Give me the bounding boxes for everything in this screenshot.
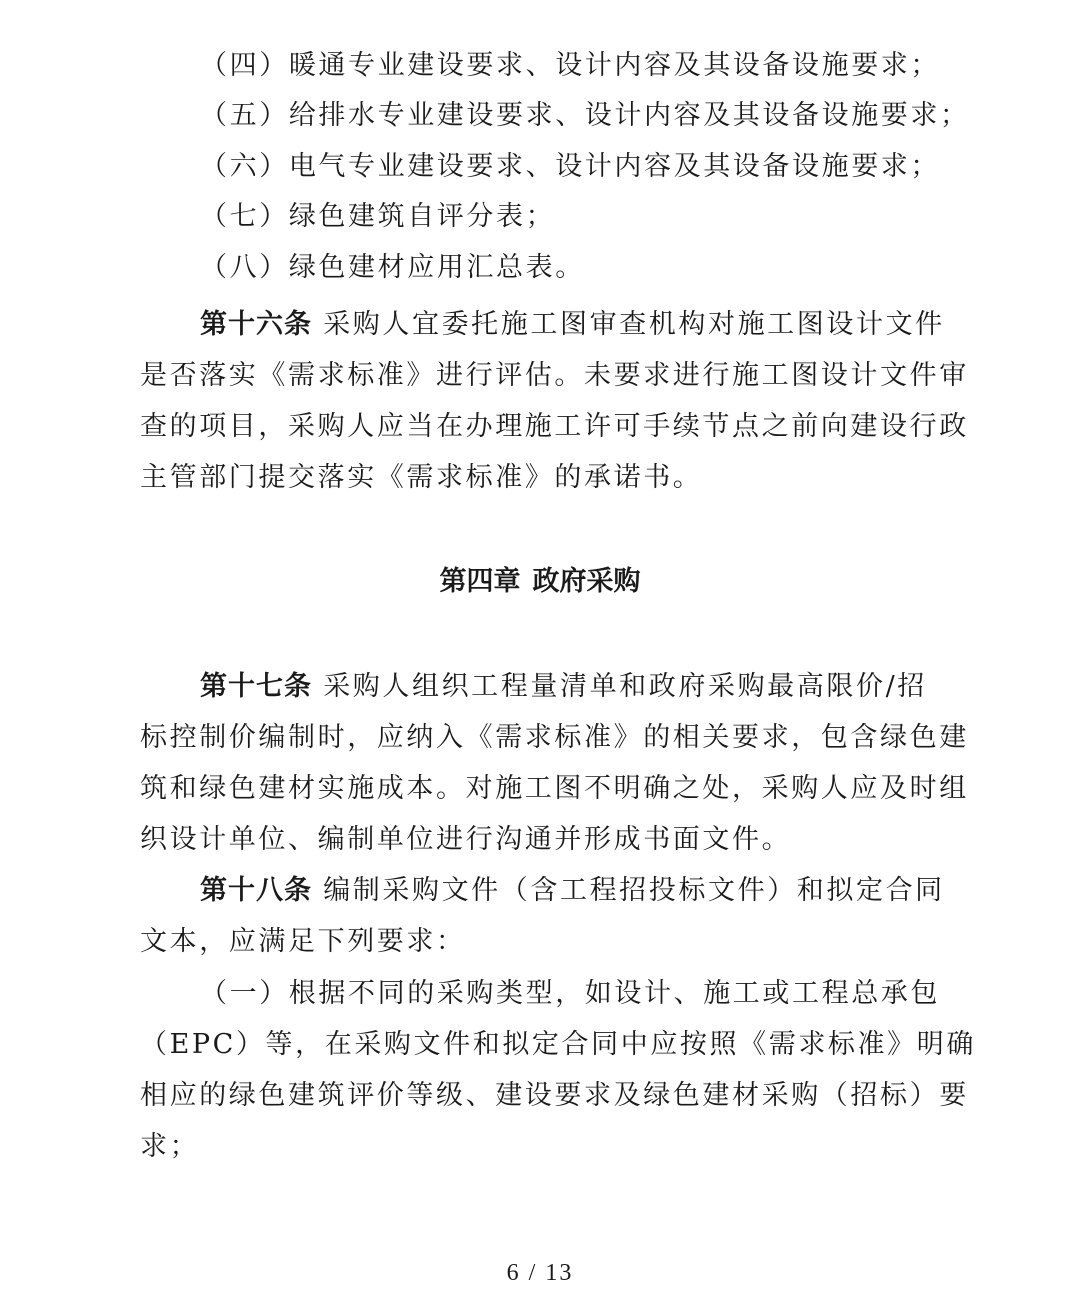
article-18-label: 第十八条: [200, 875, 312, 906]
article-18-item-1-line-4: 求；: [140, 1129, 940, 1165]
list-text: 绿色建筑自评分表；: [289, 201, 555, 232]
article-18-text: 编制采购文件（含工程招投标文件）和拟定合同: [323, 875, 945, 906]
list-marker: （七）: [200, 201, 289, 232]
list-text: 暖通专业建设要求、设计内容及其设备设施要求；: [289, 50, 940, 81]
chapter-number: 第四章: [440, 566, 521, 597]
chapter-heading: 第四章政府采购: [0, 564, 1080, 600]
document-page: （四）暖通专业建设要求、设计内容及其设备设施要求； （五）给排水专业建设要求、设…: [0, 0, 1080, 1291]
list-item-5: （五）给排水专业建设要求、设计内容及其设备设施要求；: [200, 98, 1000, 134]
article-17-line-3: 筑和绿色建材实施成本。对施工图不明确之处，采购人应及时组: [140, 771, 940, 807]
list-item-6: （六）电气专业建设要求、设计内容及其设备设施要求；: [200, 149, 1000, 185]
article-16-line-3: 查的项目，采购人应当在办理施工许可手续节点之前向建设行政: [140, 409, 940, 445]
article-16-label: 第十六条: [200, 309, 312, 340]
page-separator: /: [529, 1260, 538, 1286]
list-marker: （八）: [200, 252, 289, 283]
article-17-line-4: 织设计单位、编制单位进行沟通并形成书面文件。: [140, 822, 940, 858]
article-18-line-2: 文本，应满足下列要求：: [140, 924, 940, 960]
chapter-title: 政府采购: [533, 566, 641, 597]
article-18-item-1-line-2: （EPC）等，在采购文件和拟定合同中应按照《需求标准》明确: [140, 1027, 940, 1063]
list-marker: （四）: [200, 50, 289, 81]
list-item-8: （八）绿色建材应用汇总表。: [200, 250, 1000, 286]
article-16-line-2: 是否落实《需求标准》进行评估。未要求进行施工图设计文件审: [140, 358, 940, 394]
article-18-item-1-line-3: 相应的绿色建筑评价等级、建设要求及绿色建材采购（招标）要: [140, 1078, 940, 1114]
page-number: 6 / 13: [0, 1258, 1080, 1288]
list-item-4: （四）暖通专业建设要求、设计内容及其设备设施要求；: [200, 48, 1000, 84]
list-marker: （五）: [200, 100, 289, 131]
article-18-line-1: 第十八条 编制采购文件（含工程招投标文件）和拟定合同: [200, 873, 940, 909]
article-17-label: 第十七条: [200, 671, 312, 702]
page-total: 13: [545, 1260, 573, 1286]
list-text: 绿色建材应用汇总表。: [289, 252, 585, 283]
list-text: 给排水专业建设要求、设计内容及其设备设施要求；: [289, 100, 970, 131]
list-text: 电气专业建设要求、设计内容及其设备设施要求；: [289, 151, 940, 182]
list-marker: （六）: [200, 151, 289, 182]
article-16-line-1: 第十六条 采购人宜委托施工图审查机构对施工图设计文件: [200, 307, 940, 343]
article-16-line-4: 主管部门提交落实《需求标准》的承诺书。: [140, 460, 940, 496]
article-18-item-1-line-1: （一）根据不同的采购类型，如设计、施工或工程总承包: [200, 976, 1000, 1012]
list-item-7: （七）绿色建筑自评分表；: [200, 199, 1000, 235]
article-17-line-1: 第十七条 采购人组织工程量清单和政府采购最高限价/招: [200, 669, 940, 705]
article-17-line-2: 标控制价编制时，应纳入《需求标准》的相关要求，包含绿色建: [140, 720, 940, 756]
article-17-text: 采购人组织工程量清单和政府采购最高限价/招: [323, 671, 927, 702]
page-current: 6: [507, 1260, 521, 1286]
article-16-text: 采购人宜委托施工图审查机构对施工图设计文件: [323, 309, 945, 340]
